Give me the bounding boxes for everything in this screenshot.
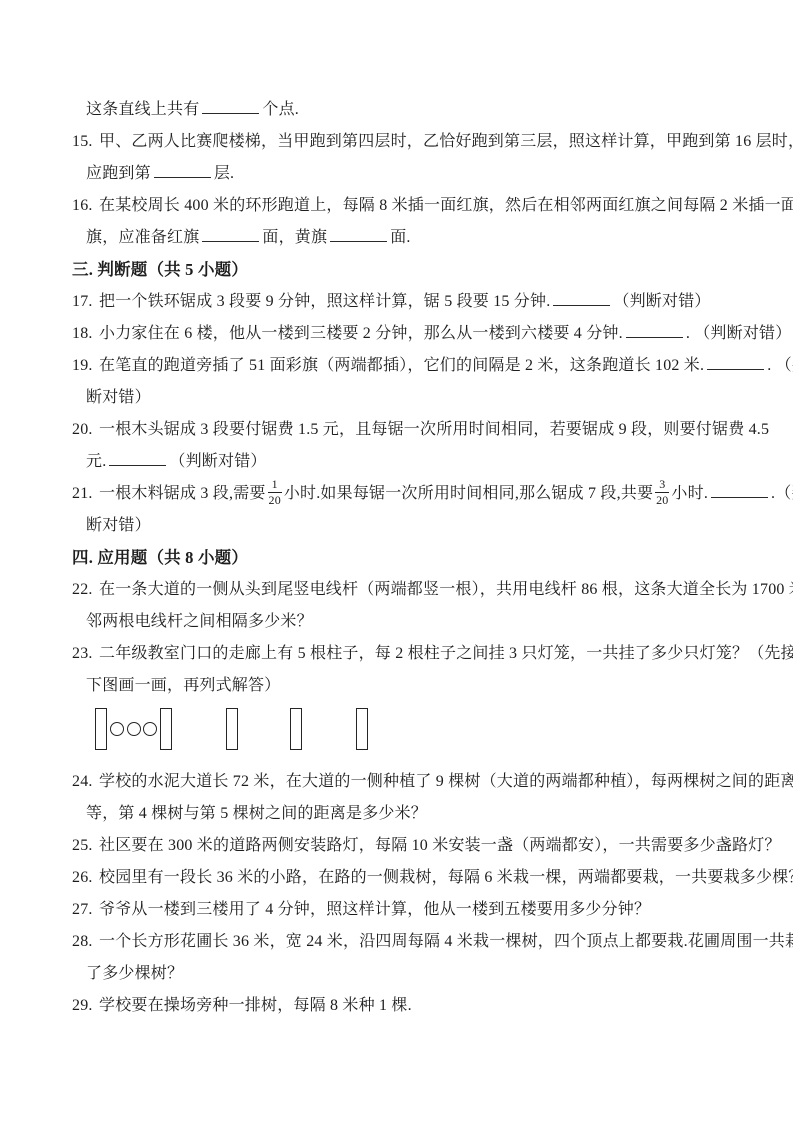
question-number: 15. <box>72 126 99 158</box>
question-text: 了多少棵树？ <box>86 965 183 982</box>
fraction: 320 <box>655 478 669 506</box>
answer-blank <box>330 226 387 242</box>
question-continuation-line: 旗，应准备红旗面，黄旗面. <box>72 222 732 254</box>
question-number: 20. <box>72 414 99 446</box>
answer-blank <box>154 162 211 178</box>
fraction-denominator: 20 <box>268 493 282 507</box>
question-text: 学校要在操场旁种一排树，每隔 8 米种 1 棵. <box>99 997 412 1014</box>
question-line: 28.一个长方形花圃长 36 米，宽 24 米，沿四周每隔 4 米栽一棵树，四个… <box>72 926 732 958</box>
pillar-shape <box>290 708 302 750</box>
question-text: 小时.如果每锯一次所用时间相同,那么锯成 7 段,共要 <box>284 485 653 502</box>
question-number: 19. <box>72 350 99 382</box>
question-text: 二年级教室门口的走廊上有 5 根柱子，每 2 根柱子之间挂 3 只灯笼，一共挂了… <box>99 645 793 662</box>
question-line: 21.一根木料锯成 3 段,需要120小时.如果每锯一次所用时间相同,那么锯成 … <box>72 478 732 510</box>
answer-blank <box>707 354 764 370</box>
question-number: 28. <box>72 926 99 958</box>
question-line: 29.学校要在操场旁种一排树，每隔 8 米种 1 棵. <box>72 990 732 1022</box>
question-number: 23. <box>72 638 99 670</box>
question-line: 18.小力家住在 6 楼，他从一楼到三楼要 2 分钟，那么从一楼到六楼要 4 分… <box>72 318 732 350</box>
question-text: 元. <box>86 453 106 470</box>
question-number: 27. <box>72 894 99 926</box>
question-continuation-line: 等，第 4 棵树与第 5 棵树之间的距离是多少米？ <box>72 798 732 830</box>
question-number: 29. <box>72 990 99 1022</box>
question-continuation-line: 邻两根电线杆之间相隔多少米？ <box>72 606 732 638</box>
question-text: 这条直线上共有 <box>86 101 199 118</box>
question-text: 在笔直的跑道旁插了 51 面彩旗（两端都插），它们的间隔是 2 米，这条跑道长 … <box>99 357 704 374</box>
question-text: 把一个铁环锯成 3 段要 9 分钟，照这样计算，锯 5 段要 15 分钟. <box>99 293 550 310</box>
fraction-numerator: 3 <box>655 478 669 493</box>
question-number: 22. <box>72 574 99 606</box>
question-text: 个点. <box>262 101 299 118</box>
question-text: 爷爷从一楼到三楼用了 4 分钟，照这样计算，他从一楼到五楼要用多少分钟？ <box>99 901 650 918</box>
question-text: 校园里有一段长 36 米的小路，在路的一侧栽树，每隔 6 米栽一棵，两端都要栽，… <box>99 869 793 886</box>
question-text: 学校的水泥大道长 72 米，在大道的一侧种植了 9 棵树（大道的两端都种植），每… <box>99 773 793 790</box>
question-line: 23.二年级教室门口的走廊上有 5 根柱子，每 2 根柱子之间挂 3 只灯笼，一… <box>72 638 732 670</box>
question-number: 24. <box>72 766 99 798</box>
question-text: 应跑到第 <box>86 165 151 182</box>
question-text: .（判 <box>771 485 793 502</box>
question-line: 15.甲、乙两人比赛爬楼梯，当甲跑到第四层时，乙恰好跑到第三层，照这样计算，甲跑… <box>72 126 732 158</box>
lantern-circle <box>143 722 157 736</box>
fraction-numerator: 1 <box>268 478 282 493</box>
answer-blank <box>109 450 166 466</box>
question-text: 面. <box>390 229 410 246</box>
question-text: （判断对错） <box>613 293 710 310</box>
question-line: 24.学校的水泥大道长 72 米，在大道的一侧种植了 9 棵树（大道的两端都种植… <box>72 766 732 798</box>
question-line: 16.在某校周长 400 米的环形跑道上，每隔 8 米插一面红旗，然后在相邻两面… <box>72 190 732 222</box>
pillar-shape <box>226 708 238 750</box>
answer-blank <box>626 322 683 338</box>
question-number: 18. <box>72 318 99 350</box>
question-text: 在某校周长 400 米的环形跑道上，每隔 8 米插一面红旗，然后在相邻两面红旗之… <box>99 197 793 214</box>
question-text: 旗，应准备红旗 <box>86 229 199 246</box>
question-line: 25.社区要在 300 米的道路两侧安装路灯，每隔 10 米安装一盏（两端都安）… <box>72 830 732 862</box>
fraction-denominator: 20 <box>655 493 669 507</box>
fraction: 120 <box>268 478 282 506</box>
section-heading: 四. 应用题（共 8 小题） <box>72 542 732 574</box>
question-text: 一根木料锯成 3 段,需要 <box>99 485 266 502</box>
question-text: （判断对错） <box>169 453 266 470</box>
question-text: 一根木头锯成 3 段要付锯费 1.5 元，且每锯一次所用时间相同，若要锯成 9 … <box>99 421 769 438</box>
question-text: 一个长方形花圃长 36 米，宽 24 米，沿四周每隔 4 米栽一棵树，四个顶点上… <box>99 933 793 950</box>
question-line: 26.校园里有一段长 36 米的小路，在路的一侧栽树，每隔 6 米栽一棵，两端都… <box>72 862 732 894</box>
pillar-shape <box>160 708 172 750</box>
question-continuation-line: 下图画一画，再列式解答） <box>72 670 732 702</box>
question-number: 21. <box>72 478 99 510</box>
worksheet-page: 这条直线上共有个点.15.甲、乙两人比赛爬楼梯，当甲跑到第四层时，乙恰好跑到第三… <box>0 0 793 1122</box>
document-content: 这条直线上共有个点.15.甲、乙两人比赛爬楼梯，当甲跑到第四层时，乙恰好跑到第三… <box>72 94 732 1022</box>
question-text: . （判 <box>767 357 793 374</box>
question-text: 甲、乙两人比赛爬楼梯，当甲跑到第四层时，乙恰好跑到第三层，照这样计算，甲跑到第 … <box>99 133 793 150</box>
question-text: 社区要在 300 米的道路两侧安装路灯，每隔 10 米安装一盏（两端都安），一共… <box>99 837 781 854</box>
section-heading: 三. 判断题（共 5 小题） <box>72 254 732 286</box>
question-line: 20.一根木头锯成 3 段要付锯费 1.5 元，且每锯一次所用时间相同，若要锯成… <box>72 414 732 446</box>
answer-blank <box>553 290 610 306</box>
question-continuation-line: 断对错） <box>72 510 732 542</box>
question-number: 26. <box>72 862 99 894</box>
question-text: 下图画一画，再列式解答） <box>86 677 280 694</box>
question-continuation-line: 了多少棵树？ <box>72 958 732 990</box>
lantern-pillar-diagram <box>72 702 732 766</box>
question-text: 在一条大道的一侧从头到尾竖电线杆（两端都竖一根），共用电线杆 86 根，这条大道… <box>99 581 793 598</box>
answer-blank <box>202 226 259 242</box>
question-text: 小时. <box>671 485 708 502</box>
section-heading-label: 三. 判断题（共 5 小题） <box>72 260 248 279</box>
question-continuation-line: 这条直线上共有个点. <box>72 94 732 126</box>
question-line: 27.爷爷从一楼到三楼用了 4 分钟，照这样计算，他从一楼到五楼要用多少分钟？ <box>72 894 732 926</box>
question-line: 17.把一个铁环锯成 3 段要 9 分钟，照这样计算，锯 5 段要 15 分钟.… <box>72 286 732 318</box>
pillar-shape <box>356 708 368 750</box>
question-text: 等，第 4 棵树与第 5 棵树之间的距离是多少米？ <box>86 805 427 822</box>
section-heading-label: 四. 应用题（共 8 小题） <box>72 548 248 567</box>
pillar-shape <box>95 708 107 750</box>
question-line: 19.在笔直的跑道旁插了 51 面彩旗（两端都插），它们的间隔是 2 米，这条跑… <box>72 350 732 382</box>
question-text: 小力家住在 6 楼，他从一楼到三楼要 2 分钟，那么从一楼到六楼要 4 分钟. <box>99 325 623 342</box>
answer-blank <box>711 482 768 498</box>
lantern-circle <box>110 722 124 736</box>
question-text: 断对错） <box>86 517 151 534</box>
question-text: 层. <box>214 165 234 182</box>
question-text: 邻两根电线杆之间相隔多少米？ <box>86 613 313 630</box>
question-text: 面，黄旗 <box>262 229 327 246</box>
question-text: 断对错） <box>86 389 151 406</box>
question-continuation-line: 元.（判断对错） <box>72 446 732 478</box>
question-number: 16. <box>72 190 99 222</box>
lantern-circle <box>127 722 141 736</box>
question-line: 22.在一条大道的一侧从头到尾竖电线杆（两端都竖一根），共用电线杆 86 根，这… <box>72 574 732 606</box>
question-number: 17. <box>72 286 99 318</box>
question-number: 25. <box>72 830 99 862</box>
question-text: . （判断对错） <box>686 325 792 342</box>
question-continuation-line: 应跑到第层. <box>72 158 732 190</box>
answer-blank <box>202 98 259 114</box>
question-continuation-line: 断对错） <box>72 382 732 414</box>
